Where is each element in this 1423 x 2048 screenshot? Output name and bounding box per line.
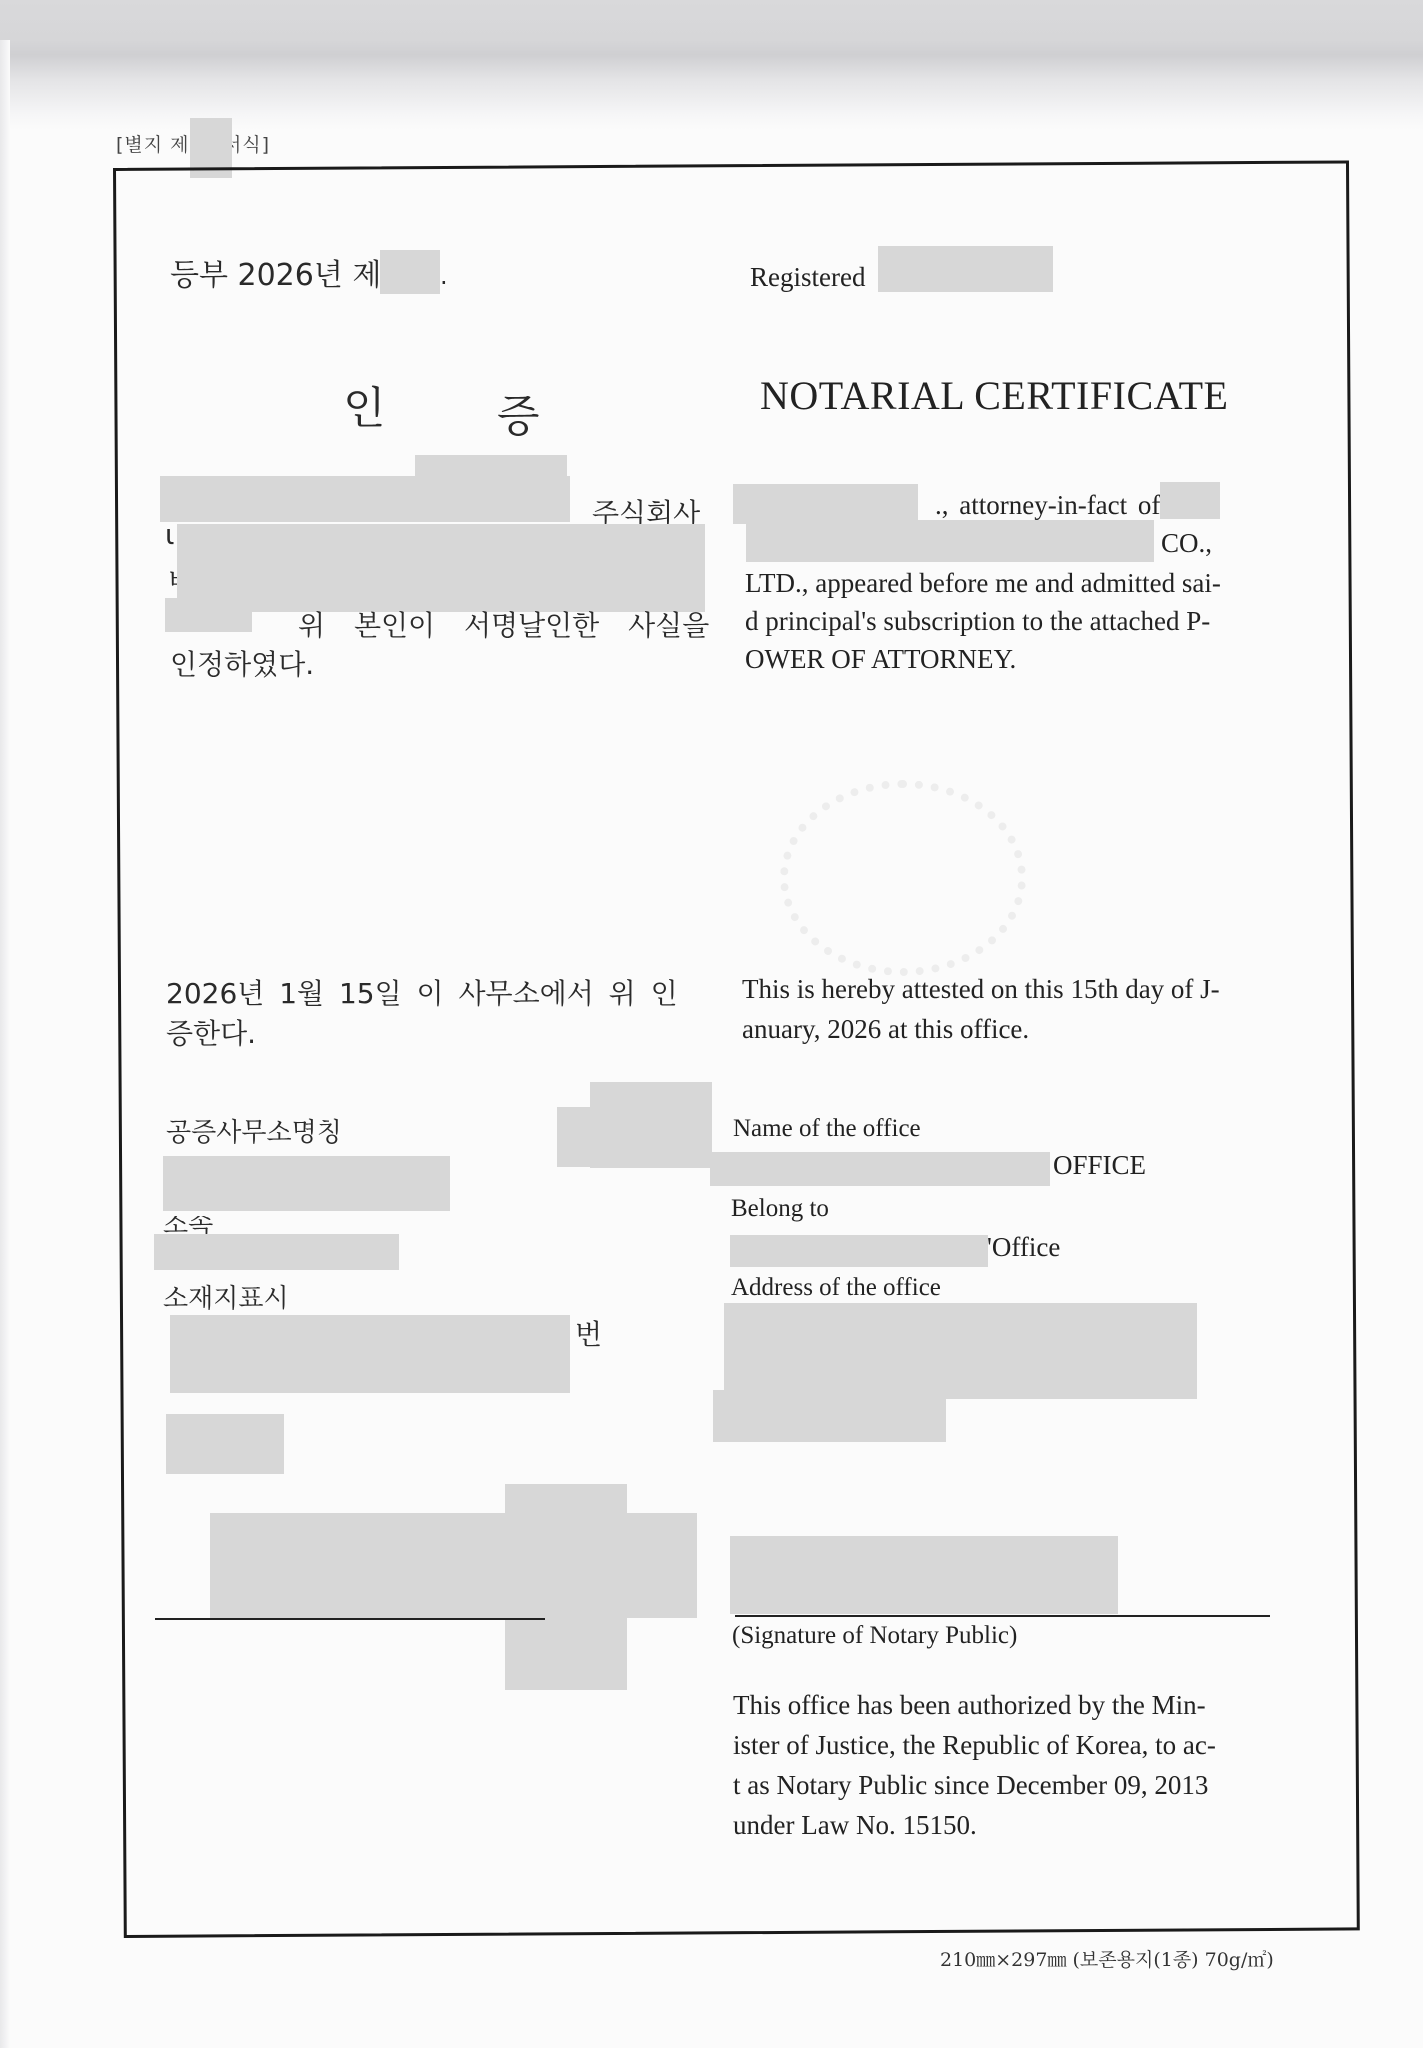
kr-title-char-1: 인	[343, 372, 386, 436]
en-body-line3: LTD., appeared before me and admitted sa…	[745, 568, 1221, 599]
en-body-line1-mid: ., attorney-in-fact of	[935, 490, 1160, 521]
embossed-seal-icon	[780, 780, 1026, 976]
en-attest-line2: anuary, 2026 at this office.	[742, 1014, 1029, 1045]
photo-top-shadow	[0, 0, 1423, 130]
redaction-en-office-name	[710, 1152, 1050, 1186]
authorization-line2: ister of Justice, the Republic of Korea,…	[733, 1730, 1216, 1761]
authorization-line4: under Law No. 15150.	[733, 1810, 977, 1841]
kr-body-line2-head: ι	[165, 518, 174, 551]
en-registry-label: Registered	[750, 262, 865, 293]
kr-office-name-label: 공증사무소명칭	[166, 1112, 342, 1149]
redaction-seal-2	[557, 1107, 697, 1167]
redaction-en-registry	[878, 246, 1053, 292]
kr-attest-line2: 증한다.	[166, 1012, 256, 1052]
kr-registry-suffix: .	[440, 262, 448, 290]
kr-address-label: 소재지표시	[163, 1278, 289, 1315]
redaction-kr-misc	[166, 1414, 284, 1474]
en-body-line2-tail: CO.,	[1161, 528, 1212, 559]
redaction-en-body-2	[746, 520, 1154, 562]
redaction-kr-registry	[380, 250, 440, 294]
redaction-kr-address	[170, 1315, 570, 1393]
redaction-en-address-2	[713, 1390, 946, 1442]
kr-body-line5: 인정하였다.	[170, 643, 314, 683]
paper-spec-footer: 210㎜×297㎜ (보존용지(1종) 70g/㎡)	[940, 1945, 1274, 1972]
en-address-label: Address of the office	[731, 1274, 941, 1302]
en-body-line5: OWER OF ATTORNEY.	[745, 644, 1016, 675]
photo-left-edge	[0, 40, 10, 2048]
redaction-kr-body-2	[177, 524, 705, 612]
kr-signature-line	[155, 1618, 545, 1620]
en-office-name-label: Name of the office	[733, 1115, 921, 1143]
kr-registry-number: 등부 2026년 제	[170, 250, 381, 294]
redaction-kr-seal	[505, 1484, 627, 1690]
authorization-line1: This office has been authorized by the M…	[733, 1690, 1206, 1721]
certificate-frame	[113, 160, 1360, 1938]
en-belong-tail: 'Office	[987, 1232, 1060, 1263]
redaction-kr-body-1b	[415, 455, 567, 522]
redaction-en-body-1a	[733, 484, 918, 524]
kr-address-tail: 번	[575, 1313, 602, 1353]
en-title: NOTARIAL CERTIFICATE	[760, 372, 1228, 419]
redaction-en-belong	[730, 1235, 988, 1267]
kr-title-char-2: 증	[497, 380, 540, 444]
en-attest-line1: This is hereby attested on this 15th day…	[742, 974, 1220, 1005]
kr-attest-line1: 2026년 1월 15일 이 사무소에서 위 인	[166, 972, 678, 1012]
redaction-kr-body-3	[165, 598, 252, 632]
redaction-en-address-1	[724, 1303, 1197, 1399]
kr-registry-prefix: 등부 2026년 제	[170, 258, 381, 293]
en-belong-label: Belong to	[731, 1195, 829, 1223]
redaction-kr-belong	[154, 1234, 399, 1270]
redaction-kr-office-name	[163, 1156, 450, 1211]
redaction-en-body-1b	[1160, 482, 1220, 519]
authorization-line3: t as Notary Public since December 09, 20…	[733, 1770, 1208, 1801]
en-office-name-tail: OFFICE	[1053, 1150, 1146, 1181]
redaction-en-signature	[730, 1536, 1118, 1614]
signature-caption: (Signature of Notary Public)	[732, 1622, 1017, 1650]
kr-body-line4: 위 본인이 서명날인한 사실을	[298, 604, 709, 644]
en-body-line4: d principal's subscription to the attach…	[745, 606, 1210, 637]
en-signature-line	[735, 1615, 1270, 1617]
